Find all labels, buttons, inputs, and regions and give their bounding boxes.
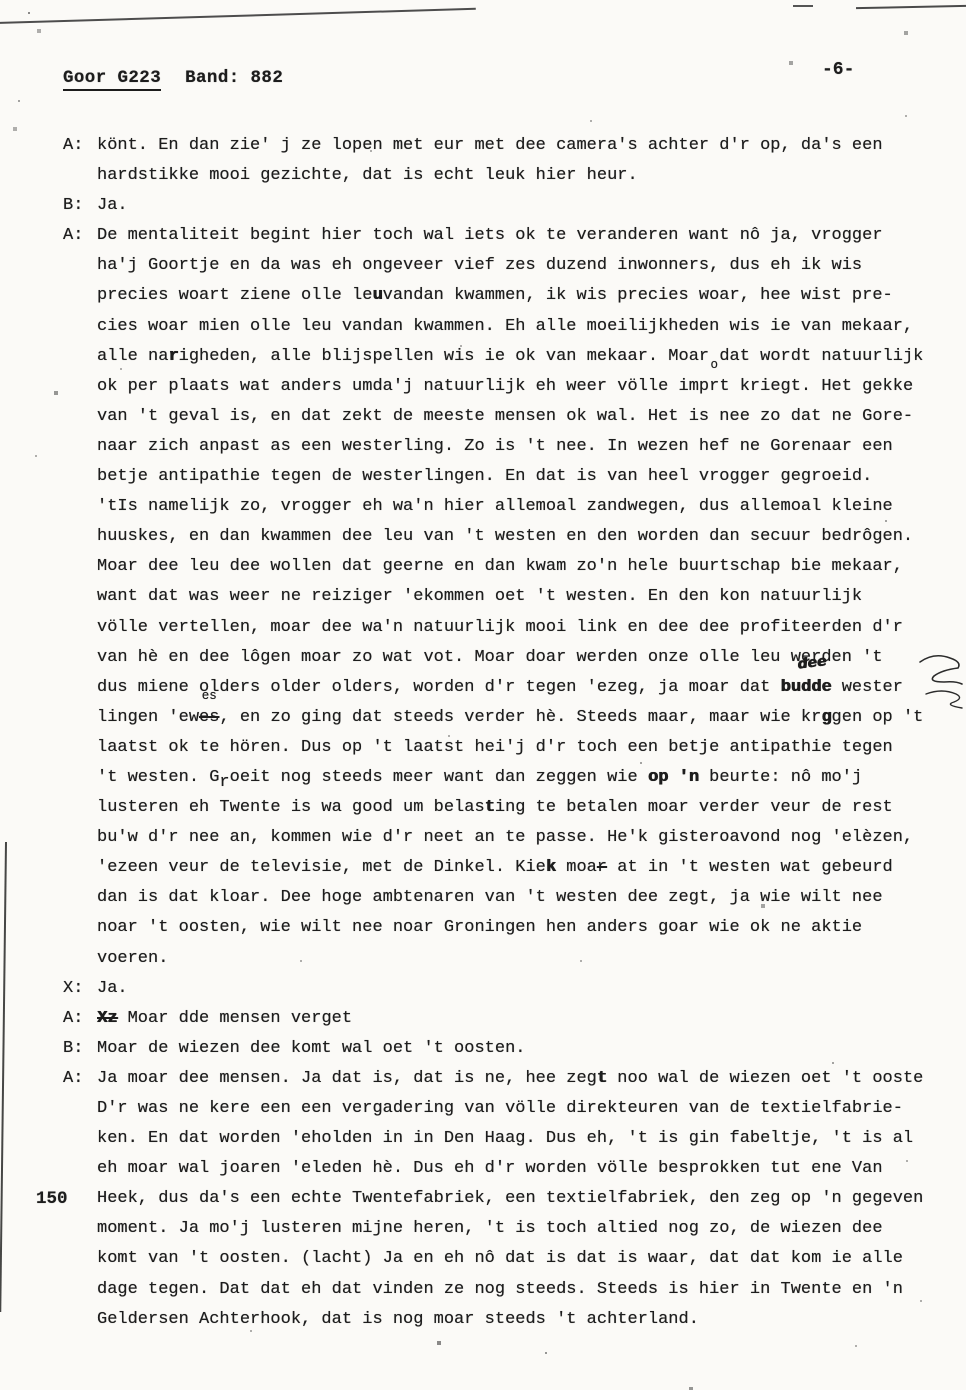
- transcript-line: komt van 't oosten. (lacht) Ja en eh nô …: [0, 1244, 966, 1274]
- text-segment: Moar dde mensen verget: [117, 1004, 352, 1034]
- transcript-line: dan is dat kloar. Dee hoge ambtenaren va…: [0, 883, 966, 913]
- transcript-line: naar zich anpast as een westerling. Zo i…: [0, 432, 966, 462]
- text-segment: 'tIs namelijk zo, vrogger eh wa'n hier a…: [97, 492, 893, 522]
- text-segment: lusteren eh Twente is wa good um belas: [97, 793, 485, 823]
- transcript-line: A:Xz Moar dde mensen verget: [0, 1004, 966, 1034]
- scan-artifact-top-line: [0, 8, 476, 24]
- text-segment: naar zich anpast as een westerling. Zo i…: [97, 432, 893, 462]
- transcript-line: alle narigheden, alle blijspellen wis ie…: [0, 342, 966, 372]
- transcript-line: voeren.: [0, 944, 966, 974]
- text-segment: Heek, dus da's een echte Twentefabriek, …: [97, 1184, 923, 1214]
- transcript-line: A:Ja moar dee mensen. Ja dat is, dat is …: [0, 1064, 966, 1094]
- transcript-line: lingen 'eweses, en zo ging dat steeds ve…: [0, 703, 966, 733]
- text-segment: noo wal de wiezen oet 't ooste: [607, 1064, 923, 1094]
- transcript-line: precies woart ziene olle leuvandan kwamm…: [0, 281, 966, 311]
- transcript-line: laatst ok te hören. Dus op 't laatst hei…: [0, 733, 966, 763]
- typed-correction: o: [710, 359, 718, 372]
- text-segment: cies woar mien olle leu vandan kwammen. …: [97, 312, 913, 342]
- text-segment: t: [485, 793, 495, 823]
- text-segment: Moar dee leu dee wollen dat geerne en da…: [97, 552, 903, 582]
- text-segment: voeren.: [97, 944, 168, 974]
- text-segment: dage tegen. Dat dat eh dat vinden ze nog…: [97, 1275, 903, 1305]
- text-segment: k: [546, 853, 556, 883]
- text-segment: Xz: [97, 1004, 117, 1034]
- transcript-line: Geldersen Achterhook, dat is nog moar st…: [0, 1305, 966, 1335]
- transcript-line: want dat was weer ne reiziger 'ekommen o…: [0, 582, 966, 612]
- speaker-label: A:: [63, 131, 83, 161]
- transcript-line: dus miene olders older olders, worden d'…: [0, 673, 966, 703]
- text-segment: De mentaliteit begint hier toch wal iets…: [97, 221, 883, 251]
- transcript-line: eh moar wal joaren 'eleden hè. Dus eh d'…: [0, 1154, 966, 1184]
- text-segment: dan is dat kloar. Dee hoge ambtenaren va…: [97, 883, 883, 913]
- speaker-label: A:: [63, 221, 83, 251]
- text-segment: moa: [556, 853, 597, 883]
- text-segment: betje antipathie tegen de westerlingen. …: [97, 462, 872, 492]
- text-segment: dus miene olders older olders, worden d'…: [97, 673, 781, 703]
- text-segment: ha'j Goortje en da was eh ongeveer vief …: [97, 251, 862, 281]
- transcript-line: völle vertellen, moar dee wa'n natuurlij…: [0, 613, 966, 643]
- transcript-line: D'r was ne kere een een vergadering van …: [0, 1094, 966, 1124]
- text-segment: u: [372, 281, 382, 311]
- text-segment: precies woart ziene olle le: [97, 281, 372, 311]
- text-segment: 'ezeen veur de televisie, met de Dinkel.…: [97, 853, 546, 883]
- transcript-line: van 't geval is, en dat zekt de meeste m…: [0, 402, 966, 432]
- transcript-line: 'tIs namelijk zo, vrogger eh wa'n hier a…: [0, 492, 966, 522]
- text-segment: r: [168, 342, 178, 372]
- transcript-line: X:Ja.: [0, 974, 966, 1004]
- transcript-line: betje antipathie tegen de westerlingen. …: [0, 462, 966, 492]
- text-segment: Ja.: [97, 191, 128, 221]
- text-segment: komt van 't oosten. (lacht) Ja en eh nô …: [97, 1244, 903, 1274]
- transcript-line: Heek, dus da's een echte Twentefabriek, …: [0, 1184, 966, 1214]
- text-segment: ing te betalen moar verder veur de rest: [495, 793, 893, 823]
- text-segment: gen op 't: [832, 703, 924, 733]
- text-segment: g: [821, 703, 831, 733]
- text-segment: Ja.: [97, 974, 128, 1004]
- text-segment: noar 't oosten, wie wilt nee noar Gronin…: [97, 913, 862, 943]
- transcript-line: 't westen. Groeit nog steeds meer want d…: [0, 763, 966, 793]
- text-segment: t: [597, 1064, 607, 1094]
- text-segment: Moar de wiezen dee komt wal oet 't ooste…: [97, 1034, 525, 1064]
- transcript-line: 'ezeen veur de televisie, met de Dinkel.…: [0, 853, 966, 883]
- transcript-line: noar 't oosten, wie wilt nee noar Gronin…: [0, 913, 966, 943]
- typed-correction: es: [202, 690, 217, 703]
- transcript-line: B:Moar de wiezen dee komt wal oet 't oos…: [0, 1034, 966, 1064]
- scan-noise-specks: [0, 0, 2, 2]
- text-segment: igheden, alle blijspellen wis ie ok van …: [179, 342, 924, 372]
- text-segment: alle na: [97, 342, 168, 372]
- text-segment: Ja moar dee mensen. Ja dat is, dat is ne…: [97, 1064, 597, 1094]
- text-segment: vandan kwammen, ik wis precies woar, hee…: [383, 281, 893, 311]
- text-segment: moment. Ja mo'j lusteren mijne heren, 't…: [97, 1214, 883, 1244]
- transcript-line: A:könt. En dan zie' j ze lopen met eur m…: [0, 131, 966, 161]
- transcript-line: moment. Ja mo'j lusteren mijne heren, 't…: [0, 1214, 966, 1244]
- text-segment: r: [597, 853, 607, 883]
- scan-artifact-dash: [793, 5, 813, 7]
- transcript-line: huuskes, en dan kwammen dee leu van 't w…: [0, 522, 966, 552]
- handwritten-squiggle: [916, 648, 966, 718]
- transcript-line: bu'w d'r nee an, kommen wie d'r neet an …: [0, 823, 966, 853]
- text-segment: völle vertellen, moar dee wa'n natuurlij…: [97, 613, 903, 643]
- speaker-label: X:: [63, 974, 83, 1004]
- text-segment: ok per plaats wat anders umda'j natuurli…: [97, 372, 709, 402]
- text-segment: hardstikke mooi gezichte, dat is echt le…: [97, 161, 638, 191]
- text-segment: 't westen. G: [97, 763, 219, 793]
- text-segment: D'r was ne kere een een vergadering van …: [97, 1094, 903, 1124]
- text-segment: ken. En dat worden 'eholden in in Den Ha…: [97, 1124, 913, 1154]
- transcript-line: dage tegen. Dat dat eh dat vinden ze nog…: [0, 1275, 966, 1305]
- text-segment: at in 't westen wat gebeurd: [607, 853, 893, 883]
- text-segment: t kriegt. Het gekke: [719, 372, 913, 402]
- transcript-line: ken. En dat worden 'eholden in in Den Ha…: [0, 1124, 966, 1154]
- speaker-label: B:: [63, 1034, 83, 1064]
- text-segment: bu'w d'r nee an, kommen wie d'r neet an …: [97, 823, 913, 853]
- text-segment: lingen 'ew: [97, 703, 199, 733]
- document-header: Goor G223Band: 882: [63, 68, 283, 88]
- transcript-line: ha'j Goortje en da was eh ongeveer vief …: [0, 251, 966, 281]
- scanned-document-page: { "header": { "title": "Goor G223", "ban…: [0, 0, 966, 1390]
- band-label: Band: 882: [185, 68, 283, 88]
- transcript-line: cies woar mien olle leu vandan kwammen. …: [0, 312, 966, 342]
- transcript: A:könt. En dan zie' j ze lopen met eur m…: [0, 131, 966, 1335]
- text-segment: buddedee: [781, 673, 832, 703]
- text-segment: van hè en dee lôgen moar zo wat vot. Moa…: [97, 643, 883, 673]
- speaker-label: A:: [63, 1064, 83, 1094]
- text-segment: van 't geval is, en dat zekt de meeste m…: [97, 402, 913, 432]
- text-segment: laatst ok te hören. Dus op 't laatst hei…: [97, 733, 893, 763]
- text-segment: beurte: nô mo'j: [699, 763, 862, 793]
- page-number: -6-: [822, 60, 854, 80]
- text-segment: wester: [832, 673, 903, 703]
- transcript-line: Moar dee leu dee wollen dat geerne en da…: [0, 552, 966, 582]
- text-segment: huuskes, en dan kwammen dee leu van 't w…: [97, 522, 913, 552]
- text-segment: könt. En dan zie' j ze lopen met eur met…: [97, 131, 883, 161]
- text-segment: , en zo ging dat steeds verder hè. Steed…: [219, 703, 821, 733]
- document-title: Goor G223: [63, 68, 161, 91]
- text-segment: eh moar wal joaren 'eleden hè. Dus eh d'…: [97, 1154, 883, 1184]
- transcript-line: lusteren eh Twente is wa good um belasti…: [0, 793, 966, 823]
- transcript-line: hardstikke mooi gezichte, dat is echt le…: [0, 161, 966, 191]
- text-segment: ro: [709, 372, 719, 402]
- text-segment: eses: [199, 703, 219, 733]
- text-segment: op 'n: [648, 763, 699, 793]
- speaker-label: A:: [63, 1004, 83, 1034]
- text-segment: Geldersen Achterhook, dat is nog moar st…: [97, 1305, 699, 1335]
- transcript-line: ok per plaats wat anders umda'j natuurli…: [0, 372, 966, 402]
- transcript-line: B:Ja.: [0, 191, 966, 221]
- text-segment: want dat was weer ne reiziger 'ekommen o…: [97, 582, 862, 612]
- text-segment: oeit nog steeds meer want dan zeggen wie: [230, 763, 648, 793]
- handwritten-annotation: dee: [797, 654, 828, 671]
- speaker-label: B:: [63, 191, 83, 221]
- scan-artifact-dash: [856, 5, 966, 9]
- transcript-line: A:De mentaliteit begint hier toch wal ie…: [0, 221, 966, 251]
